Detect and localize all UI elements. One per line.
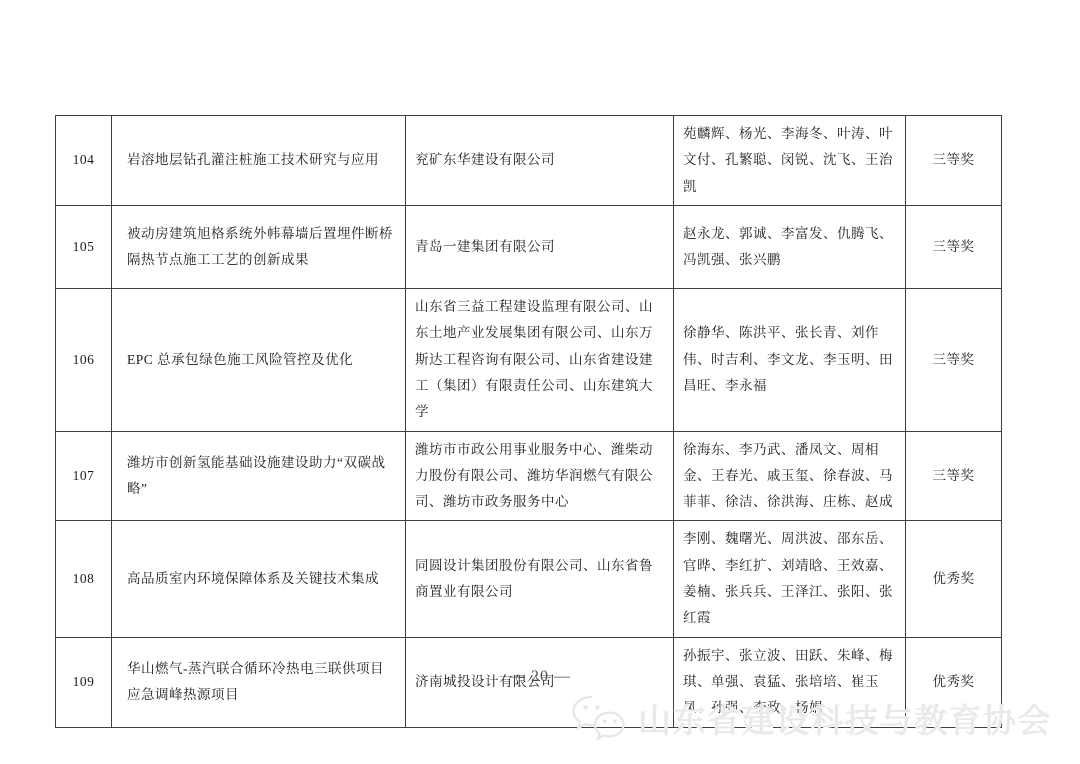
table-row: 105 被动房建筑旭格系统外帏幕墙后置埋件断桥隔热节点施工工艺的创新成果 青岛一…	[56, 205, 1002, 288]
project-title: 被动房建筑旭格系统外帏幕墙后置埋件断桥隔热节点施工工艺的创新成果	[112, 205, 406, 288]
table-row: 108 高品质室内环境保障体系及关键技术集成 同圆设计集团股份有限公司、山东省鲁…	[56, 521, 1002, 637]
page-number: — 20 —	[0, 668, 1080, 686]
company-names: 山东省三益工程建设监理有限公司、山东土地产业发展集团有限公司、山东万斯达工程咨询…	[406, 288, 674, 431]
award-level: 优秀奖	[906, 521, 1002, 637]
person-names: 苑麟辉、杨光、李海冬、叶涛、叶文付、孔繁聪、闵锐、沈飞、王治凯	[674, 116, 906, 206]
company-names: 兖矿东华建设有限公司	[406, 116, 674, 206]
award-level: 三等奖	[906, 205, 1002, 288]
association-watermark: 山东省建设科技与教育协会	[570, 694, 1052, 742]
project-title: 高品质室内环境保障体系及关键技术集成	[112, 521, 406, 637]
table-row: 104 岩溶地层钻孔灌注桩施工技术研究与应用 兖矿东华建设有限公司 苑麟辉、杨光…	[56, 116, 1002, 206]
row-number: 108	[56, 521, 112, 637]
company-names: 潍坊市市政公用事业服务中心、潍柴动力股份有限公司、潍坊华润燃气有限公司、潍坊市政…	[406, 431, 674, 521]
person-names: 李刚、魏曙光、周洪波、邵东岳、官晔、李红扩、刘靖晗、王效嘉、姜楠、张兵兵、王泽江…	[674, 521, 906, 637]
person-names: 赵永龙、郭诚、李富发、仇腾飞、冯凯强、张兴鹏	[674, 205, 906, 288]
person-names: 徐海东、李乃武、潘凤文、周相金、王春光、戚玉玺、徐春波、马菲菲、徐洁、徐洪海、庄…	[674, 431, 906, 521]
award-level: 三等奖	[906, 116, 1002, 206]
person-names: 徐静华、陈洪平、张长青、刘作伟、时吉利、李文龙、李玉明、田昌旺、李永福	[674, 288, 906, 431]
project-title: EPC 总承包绿色施工风险管控及优化	[112, 288, 406, 431]
award-table: 104 岩溶地层钻孔灌注桩施工技术研究与应用 兖矿东华建设有限公司 苑麟辉、杨光…	[55, 115, 1002, 728]
row-number: 104	[56, 116, 112, 206]
project-title: 潍坊市创新氢能基础设施建设助力“双碳战略”	[112, 431, 406, 521]
table-row: 106 EPC 总承包绿色施工风险管控及优化 山东省三益工程建设监理有限公司、山…	[56, 288, 1002, 431]
row-number: 106	[56, 288, 112, 431]
company-names: 同圆设计集团股份有限公司、山东省鲁商置业有限公司	[406, 521, 674, 637]
row-number: 107	[56, 431, 112, 521]
table-row: 107 潍坊市创新氢能基础设施建设助力“双碳战略” 潍坊市市政公用事业服务中心、…	[56, 431, 1002, 521]
document-page: 104 岩溶地层钻孔灌注桩施工技术研究与应用 兖矿东华建设有限公司 苑麟辉、杨光…	[0, 0, 1080, 764]
wechat-icon	[570, 694, 632, 742]
award-level: 三等奖	[906, 431, 1002, 521]
watermark-text: 山东省建设科技与教育协会	[638, 695, 1052, 742]
company-names: 青岛一建集团有限公司	[406, 205, 674, 288]
award-level: 三等奖	[906, 288, 1002, 431]
project-title: 岩溶地层钻孔灌注桩施工技术研究与应用	[112, 116, 406, 206]
row-number: 105	[56, 205, 112, 288]
